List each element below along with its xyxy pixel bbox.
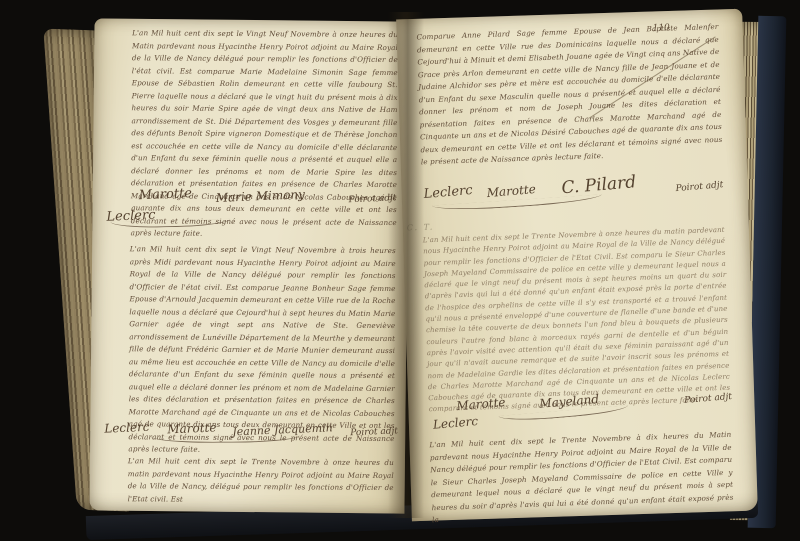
- register-entry-text: L'an Mil huit cent dix sept le Vingt Neu…: [131, 27, 398, 241]
- signature: C. Pilard: [561, 172, 637, 198]
- signature-row: Leclerc: [433, 415, 479, 430]
- right-page: 110 Comparue Anne Pilard Sage femme Epou…: [396, 9, 758, 522]
- signature: Leclerc: [104, 420, 150, 436]
- signature: Marotte: [456, 395, 506, 413]
- signature-row: Marotte Marie Mimony Poirot adjt: [139, 187, 397, 205]
- register-entry-text: L'an Mil huit cent dix sept le Trente No…: [423, 225, 731, 416]
- signature: Marie Mimony: [216, 187, 306, 205]
- register-entry-text: L'an Mil huit cent dix sept le Trente No…: [429, 429, 734, 527]
- register-entry-text: Comparue Anne Pilard Sage femme Epouse d…: [416, 21, 723, 169]
- pencil-mark: C. T.: [407, 222, 435, 232]
- signature: Leclerc: [432, 414, 478, 432]
- signature: Leclerc: [106, 208, 156, 225]
- left-page: L'an Mil huit cent dix sept le Vingt Neu…: [89, 18, 409, 513]
- register-entry-text: L'an Mil huit cent dix sept le Trente No…: [128, 455, 394, 507]
- signature: Poirot adjt: [676, 180, 724, 194]
- signature: Poirot adjt: [350, 426, 398, 438]
- signature: Leclerc: [423, 183, 473, 202]
- signature: Marotte: [486, 182, 536, 200]
- signature-row: Leclerc: [106, 209, 155, 225]
- signature: Marotte: [138, 186, 192, 203]
- signature: Marotte: [167, 420, 217, 436]
- signature: Poirot adjt: [349, 193, 397, 205]
- photo-background: L'an Mil huit cent dix sept le Vingt Neu…: [0, 0, 800, 541]
- signature-row: Leclerc Marotte C. Pilard Poirot adjt: [423, 171, 723, 200]
- signature: Jeanne Jacquemin: [232, 421, 333, 438]
